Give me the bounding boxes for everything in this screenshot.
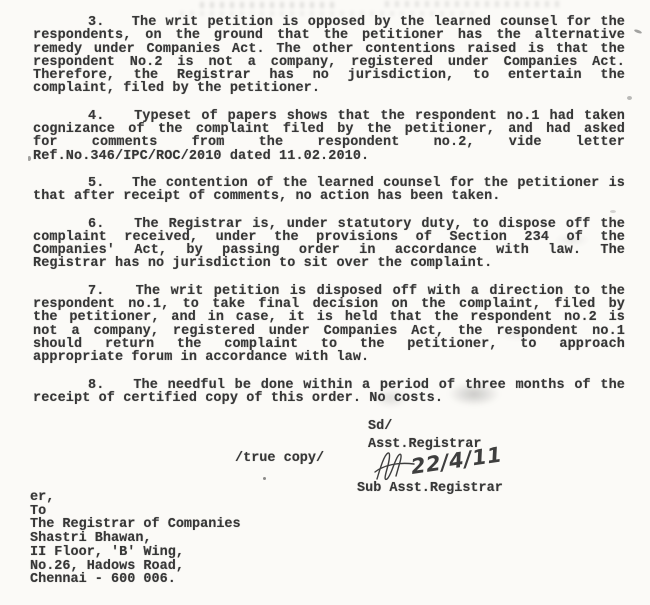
paragraph-7: 7. The writ petition is disposed off wit… [33, 285, 625, 365]
signature-flourish [375, 463, 414, 472]
paragraph-5: 5. The contention of the learned counsel… [33, 177, 625, 204]
sd-line: Sd/ [368, 420, 392, 434]
paragraph-line: that after receipt of comments, no actio… [33, 190, 625, 203]
scan-speck [634, 29, 643, 35]
true-copy-label: /true copy/ [235, 452, 324, 466]
paragraph-line: 6. The Registrar is, under statutory dut… [33, 218, 625, 231]
paragraph-line: Registrar has no jurisdiction to sit ove… [33, 257, 625, 270]
address-line: Shastri Bhawan, [30, 532, 241, 546]
paragraph-4: 4. Typeset of papers shows that the resp… [33, 110, 625, 163]
scan-stain [498, 328, 538, 340]
address-lines: The Registrar of CompaniesShastri Bhawan… [30, 518, 241, 587]
signature-flourish [377, 453, 401, 480]
document-body: 3. The writ petition is opposed by the l… [33, 16, 625, 419]
page-fragment-text: er, [30, 491, 241, 505]
address-block: er, To The Registrar of CompaniesShastri… [30, 491, 241, 587]
paragraph-line: receipt of certified copy of this order.… [33, 392, 625, 405]
scan-stain [374, 388, 408, 408]
signature-scrawl: 22/4/11 [374, 445, 504, 487]
scan-bleedthrough-smudge [200, 2, 335, 8]
paragraph-3: 3. The writ petition is opposed by the l… [33, 16, 625, 96]
paragraph-6: 6. The Registrar is, under statutory dut… [33, 218, 625, 271]
scan-speck [627, 96, 632, 100]
scan-speck [263, 477, 266, 480]
address-line: II Floor, 'B' Wing, [30, 546, 241, 560]
paragraph-line: for comments from the respondent no.2, v… [33, 136, 625, 149]
scan-stain [448, 382, 500, 406]
scan-speck [28, 156, 31, 161]
handwritten-date: 22/4/11 [409, 445, 503, 479]
scan-stain [555, 234, 589, 246]
paragraph-line: remedy under Companies Act. The other co… [33, 43, 625, 56]
scan-bleedthrough-smudge [385, 1, 560, 7]
paragraph-line: the petitioner, and in case, it is held … [33, 311, 625, 324]
address-line: Chennai - 600 006. [30, 573, 241, 587]
paragraph-8: 8. The needful be done within a period o… [33, 379, 625, 406]
paragraph-line: Ref.No.346/IPC/ROC/2010 dated 11.02.2010… [33, 150, 625, 163]
scanned-court-order-page: 3. The writ petition is opposed by the l… [0, 0, 650, 605]
paragraph-line: respondents, on the ground that the peti… [33, 29, 625, 42]
paragraph-line: appropriate forum in accordance with law… [33, 351, 625, 364]
scan-speck [610, 210, 616, 213]
paragraph-line: 8. The needful be done within a period o… [33, 379, 625, 392]
paragraph-line: complaint, filed by the petitioner. [33, 82, 625, 95]
